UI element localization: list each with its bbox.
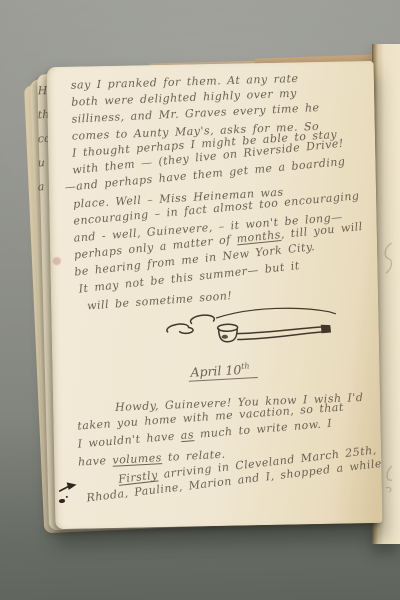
doodle-area xyxy=(75,309,375,359)
journal-page: say I pranked for them. At any rateboth … xyxy=(47,61,383,529)
bowl-shading xyxy=(222,335,228,339)
entry-heading-row: April 10th xyxy=(188,357,375,387)
smoke-puff xyxy=(190,315,214,324)
pipe-stem xyxy=(237,327,322,340)
ink-showthrough xyxy=(382,464,396,494)
pipe-doodle xyxy=(161,301,352,361)
flourish-line xyxy=(216,307,335,318)
pipe-bit xyxy=(322,325,331,332)
photo-backdrop: Hthcoua say I pranked for them. At any r… xyxy=(0,0,400,600)
entry-paragraph: say I pranked for them. At any rateboth … xyxy=(71,71,375,315)
ink-showthrough xyxy=(380,239,396,279)
arrow-doodle xyxy=(59,481,79,493)
pipe-bowl xyxy=(218,324,238,342)
entry-date: April 10th xyxy=(188,361,258,382)
ink-blot xyxy=(59,499,65,503)
entry-paragraph: Howdy, Guinevere! You know I wish I'dtak… xyxy=(77,394,378,508)
date-ordinal-suffix: th xyxy=(241,361,250,370)
smoke-puff xyxy=(167,324,193,334)
